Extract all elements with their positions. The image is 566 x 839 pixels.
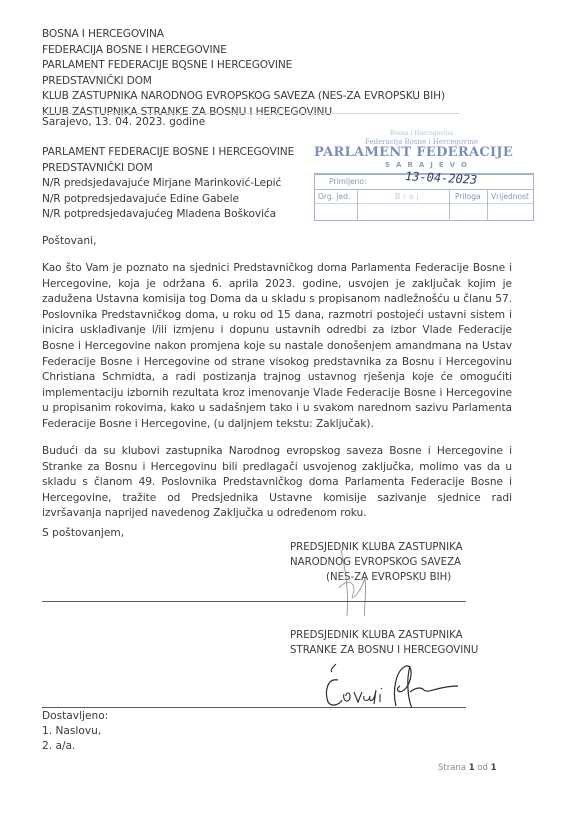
stamp-divider	[449, 190, 450, 220]
speck-mark	[184, 68, 186, 70]
stamp-received-date: 13-04-2023	[405, 169, 478, 187]
recipient-line: N/R potpredsjedavajućeg Mladena Bošković…	[42, 207, 294, 223]
signature-title-line: PREDSJEDNIK KLUBA ZASTUPNIKA	[290, 540, 463, 555]
letter-date: Sarajevo, 13. 04. 2023. godine	[42, 116, 205, 128]
stamp-city: SARAJEVO	[385, 161, 473, 169]
page-of: od	[477, 763, 488, 773]
recipient-line: N/R potpredsjedavajuće Edine Gabele	[42, 192, 294, 208]
stamp-received-label: Primljeno:	[329, 177, 367, 186]
stamp-divider	[357, 190, 358, 220]
handwritten-signature-nes	[335, 548, 375, 618]
received-stamp: Bosna i Hercegovina Federacija Bosne i H…	[310, 128, 555, 220]
stamp-col-vrijednost: Vrijednost	[491, 192, 529, 201]
handwritten-signature-sbih	[318, 660, 468, 712]
letterhead-line: BOSNA I HERCEGOVINA	[42, 27, 445, 43]
signature-line	[42, 707, 466, 708]
stamp-country: Bosna i Hercegovina	[390, 130, 453, 137]
page-current: 1	[469, 763, 475, 773]
signature-title-line: PREDSJEDNIK KLUBA ZASTUPNIKA	[290, 628, 478, 643]
distribution-item: 2. a/a.	[42, 739, 108, 754]
letterhead: BOSNA I HERCEGOVINA FEDERACIJA BOSNE I H…	[42, 27, 445, 120]
distribution-list: Dostavljeno: 1. Naslovu, 2. a/a.	[42, 709, 108, 754]
letter-page: BOSNA I HERCEGOVINA FEDERACIJA BOSNE I H…	[0, 0, 566, 839]
signature-title-line: (NES-ZA EVROPSKU BIH)	[290, 570, 463, 585]
recipient-line: PREDSTAVNIČKI DOM	[42, 161, 294, 177]
stamp-col-broj: Broj	[395, 192, 422, 201]
stamp-received-row: Primljeno: 13-04-2023	[315, 175, 533, 190]
recipient-block: PARLAMENT FEDERACIJE BOSNE I HERCEGOVINE…	[42, 145, 294, 223]
body-paragraph: Kao što Vam je poznato na sjednici Preds…	[42, 261, 512, 433]
body-paragraph: Budući da su klubovi zastupnika Narodnog…	[42, 444, 512, 522]
letterhead-line: PREDSTAVNIČKI DOM	[42, 74, 445, 90]
stamp-header-row: Org. jed. Broj Priloga Vrijednost	[315, 190, 533, 204]
stamp-table: Primljeno: 13-04-2023 Org. jed. Broj Pri…	[314, 173, 534, 221]
salutation: Poštovani,	[42, 235, 96, 247]
signature-block-nes: PREDSJEDNIK KLUBA ZASTUPNIKA NARODNOG EV…	[290, 540, 463, 585]
distribution-item: 1. Naslovu,	[42, 724, 108, 739]
recipient-line: N/R predsjedavajuće Mirjane Marinković-L…	[42, 176, 294, 192]
signature-block-sbih: PREDSJEDNIK KLUBA ZASTUPNIKA STRANKE ZA …	[290, 628, 478, 658]
stamp-col-org: Org. jed.	[318, 192, 350, 201]
letterhead-divider	[42, 113, 460, 114]
closing: S poštovanjem,	[42, 527, 124, 539]
letterhead-line: KLUB ZASTUPNIKA NARODNOG EVROPSKOG SAVEZ…	[42, 89, 445, 105]
stamp-divider	[487, 190, 488, 220]
letterhead-line: PARLAMENT FEDERACIJE BOSNE I HERCEGOVINE	[42, 58, 445, 74]
stamp-col-priloga: Priloga	[455, 192, 481, 201]
stamp-title: PARLAMENT FEDERACIJE	[314, 145, 513, 160]
signature-title-line: STRANKE ZA BOSNU I HERCEGOVINU	[290, 643, 478, 658]
letterhead-line: FEDERACIJA BOSNE I HERCEGOVINE	[42, 43, 445, 59]
page-number: Strana 1 od 1	[438, 763, 497, 773]
page-prefix: Strana	[438, 763, 466, 773]
page-total: 1	[491, 763, 497, 773]
recipient-line: PARLAMENT FEDERACIJE BOSNE I HERCEGOVINE	[42, 145, 294, 161]
signature-title-line: NARODNOG EVROPSKOG SAVEZA	[290, 555, 463, 570]
signature-line	[42, 601, 466, 602]
distribution-title: Dostavljeno:	[42, 709, 108, 724]
